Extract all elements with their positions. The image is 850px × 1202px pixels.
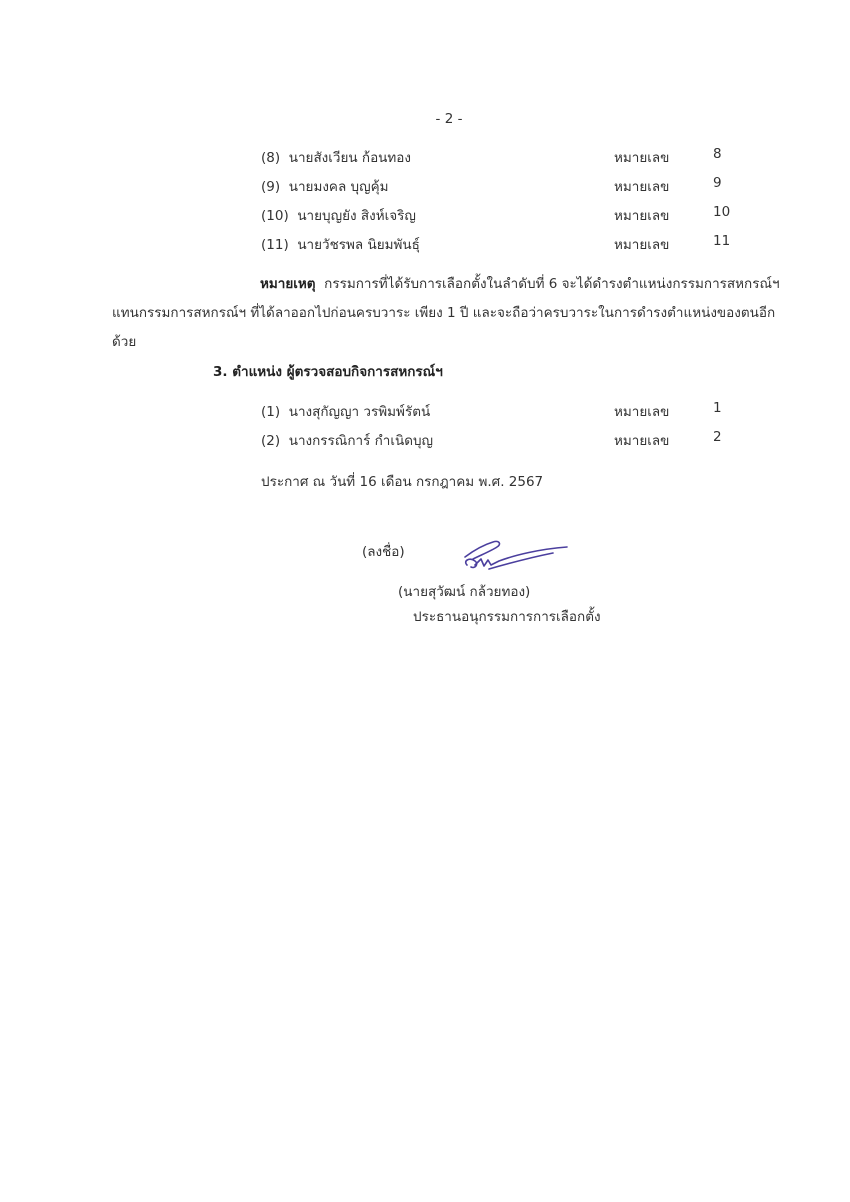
signature-image	[455, 535, 575, 580]
number-label: หมายเลข	[614, 400, 669, 422]
list-item: (8) นายสังเวียน ก้อนทอง หมายเลข 8	[0, 146, 850, 168]
candidate-number: 9	[713, 175, 722, 191]
number-label: หมายเลข	[614, 146, 669, 168]
candidate-name: (1) นางสุกัญญา วรพิมพ์รัตน์	[261, 400, 430, 422]
number-label: หมายเลข	[614, 204, 669, 226]
candidate-name: (11) นายวัชรพล นิยมพันธุ์	[261, 233, 420, 255]
number-label: หมายเลข	[614, 429, 669, 451]
list-item: (10) นายบุญยัง สิงห์เจริญ หมายเลข 10	[0, 204, 850, 226]
number-label: หมายเลข	[614, 233, 669, 255]
signer-title: ประธานอนุกรรมการการเลือกตั้ง	[413, 605, 601, 627]
signer-name: (นายสุวัฒน์ กล้วยทอง)	[398, 580, 530, 602]
candidate-name: (9) นายมงคล บุญคุ้ม	[261, 175, 389, 197]
sign-label: (ลงชื่อ)	[362, 540, 405, 562]
note-heading: หมายเหตุ	[260, 276, 316, 292]
page-number: - 2 -	[0, 111, 850, 127]
list-item: (11) นายวัชรพล นิยมพันธุ์ หมายเลข 11	[0, 233, 850, 255]
note-text: กรรมการที่ได้รับการเลือกตั้งในลำดับที่ 6…	[112, 276, 780, 350]
candidate-number: 8	[713, 146, 722, 162]
note-paragraph: หมายเหตุ กรรมการที่ได้รับการเลือกตั้งในล…	[112, 270, 788, 357]
candidate-name: (10) นายบุญยัง สิงห์เจริญ	[261, 204, 416, 226]
list-item: (1) นางสุกัญญา วรพิมพ์รัตน์ หมายเลข 1	[0, 400, 850, 422]
candidate-number: 1	[713, 400, 722, 416]
candidate-number: 10	[713, 204, 730, 220]
candidate-number: 11	[713, 233, 730, 249]
candidate-name: (2) นางกรรณิการ์ กำเนิดบุญ	[261, 429, 433, 451]
list-item: (2) นางกรรณิการ์ กำเนิดบุญ หมายเลข 2	[0, 429, 850, 451]
number-label: หมายเลข	[614, 175, 669, 197]
list-item: (9) นายมงคล บุญคุ้ม หมายเลข 9	[0, 175, 850, 197]
candidate-number: 2	[713, 429, 722, 445]
candidate-name: (8) นายสังเวียน ก้อนทอง	[261, 146, 411, 168]
section-heading: 3. ตำแหน่ง ผู้ตรวจสอบกิจการสหกรณ์ฯ	[213, 360, 443, 382]
announcement-date: ประกาศ ณ วันที่ 16 เดือน กรกฎาคม พ.ศ. 25…	[261, 470, 543, 492]
